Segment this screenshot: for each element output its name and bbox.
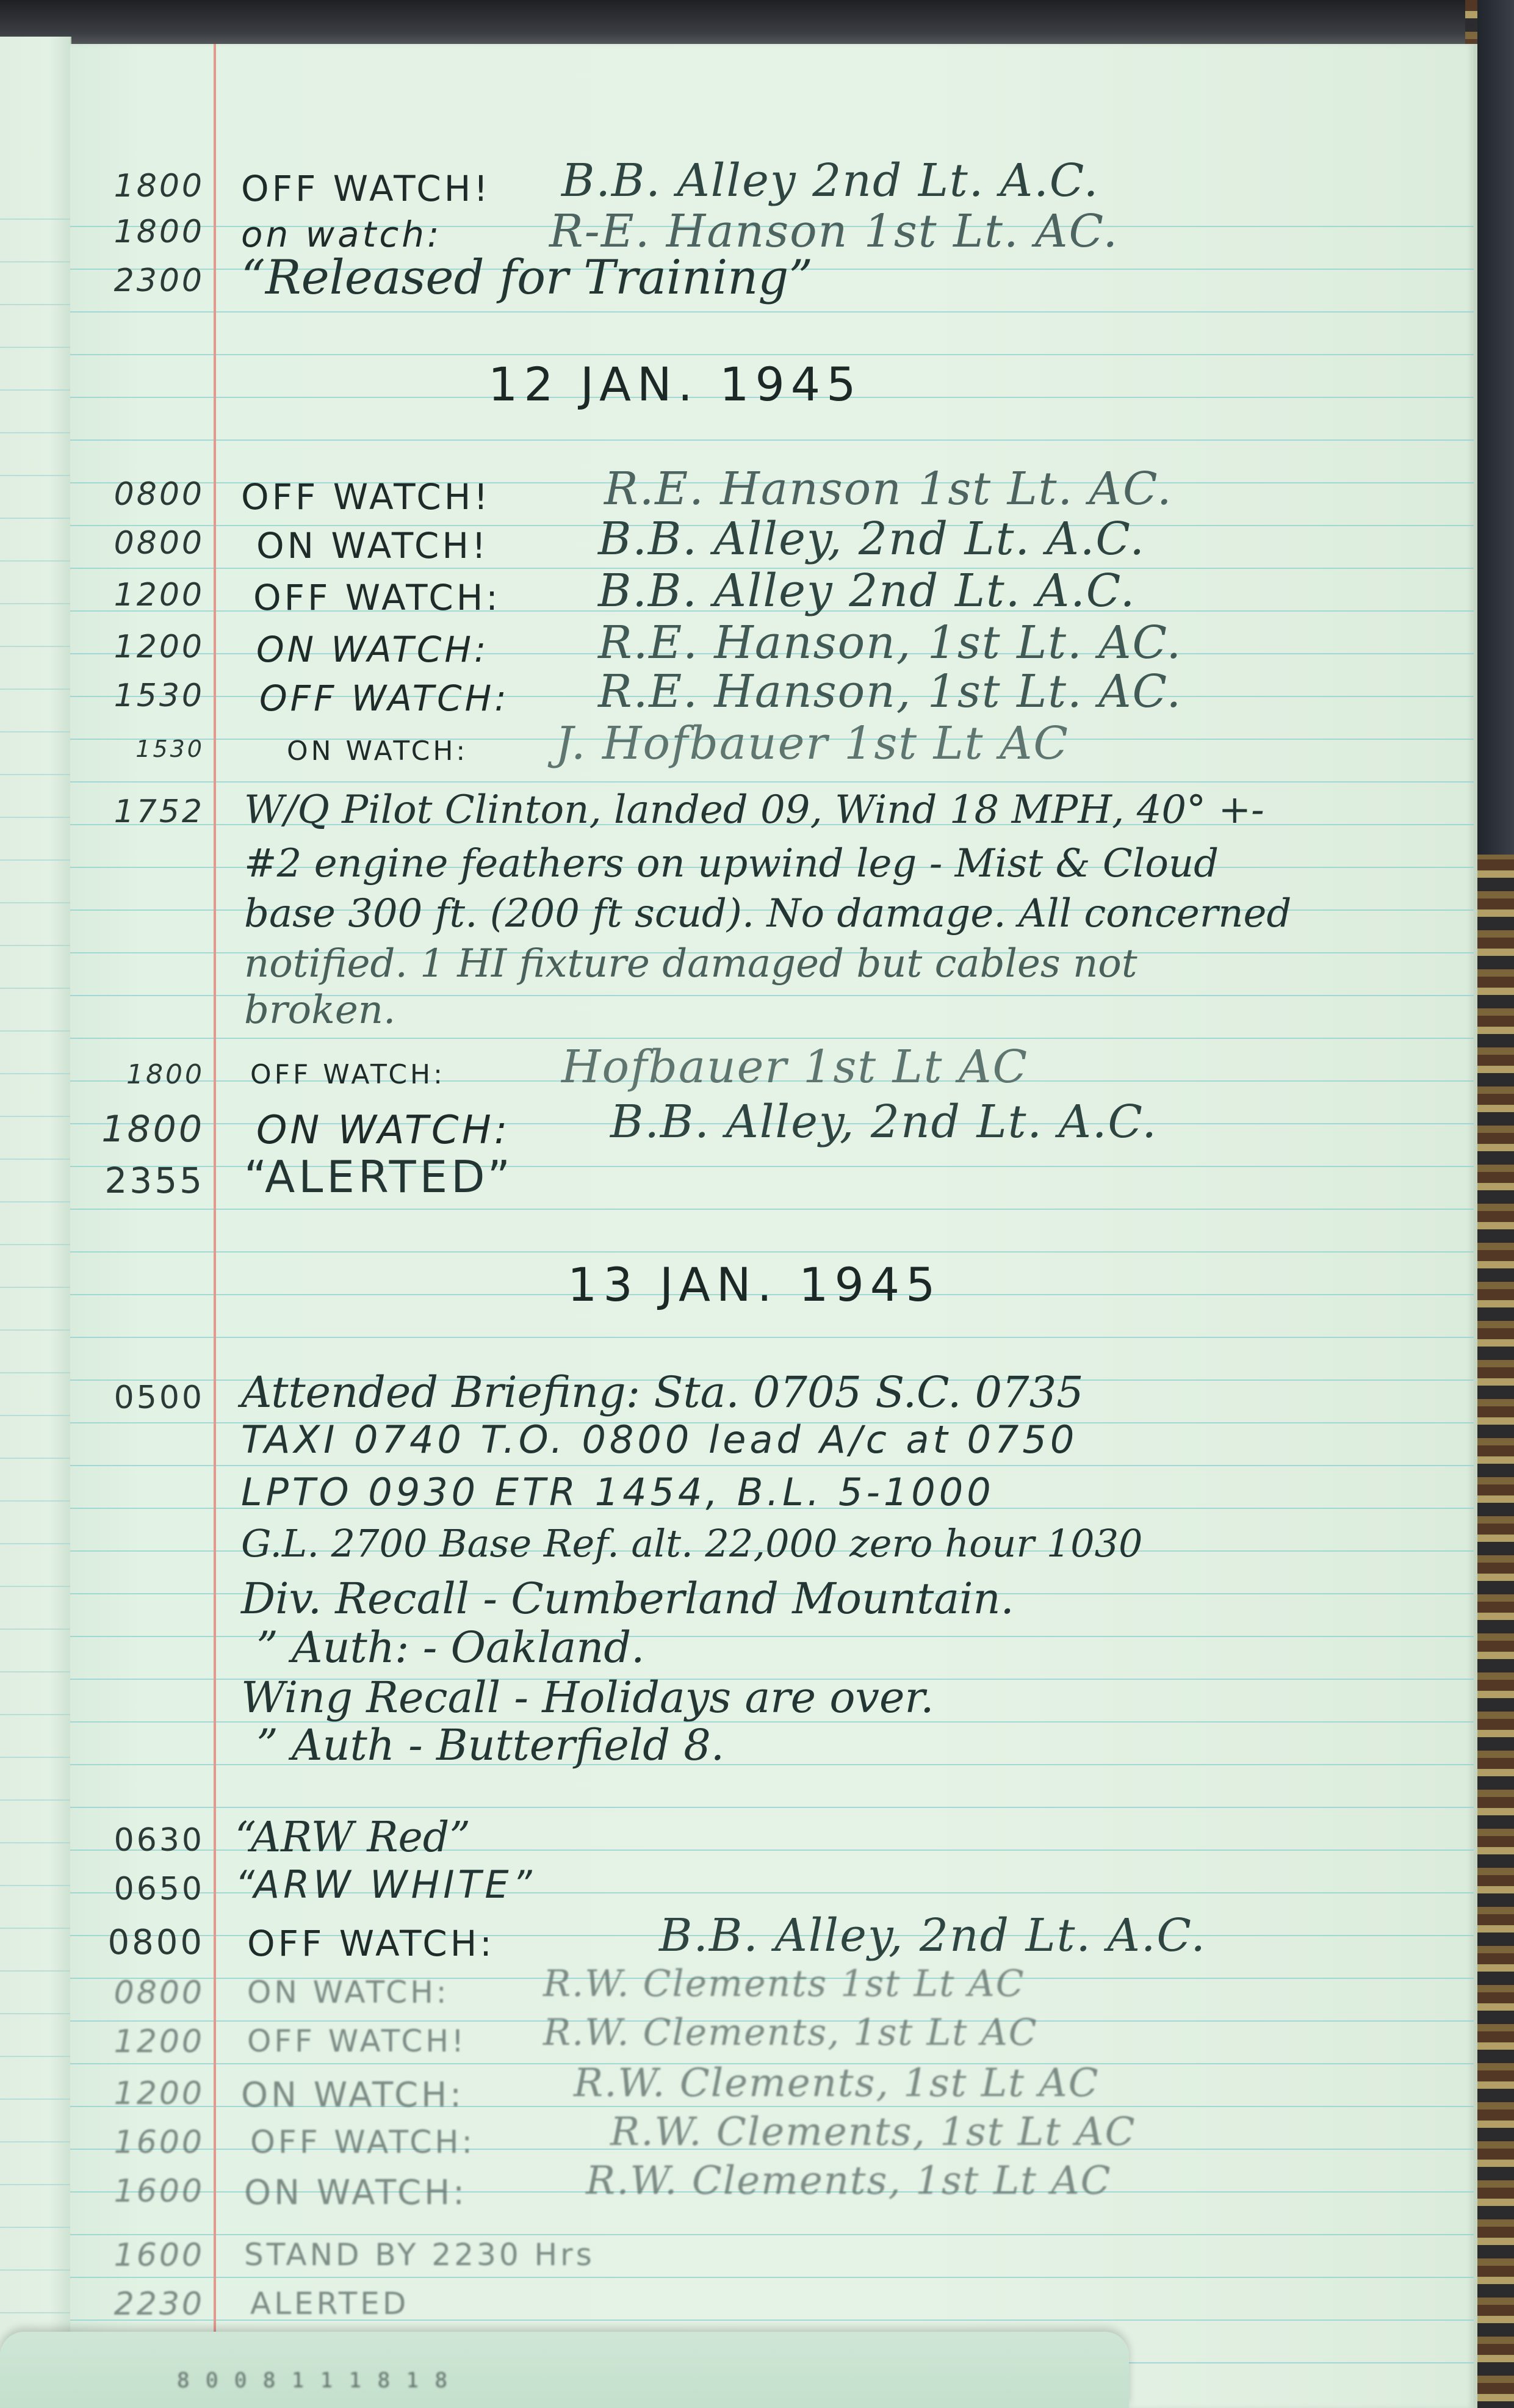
officer-signature: B.B. Alley, 2nd Lt. A.C. (598, 513, 1145, 565)
officer-signature: B.B. Alley 2nd Lt. A.C. (561, 154, 1099, 207)
entry-label: OFF WATCH! (241, 476, 491, 518)
entry-time: 2230 (76, 2286, 204, 2323)
entry-time: 0650 (76, 1871, 204, 1907)
entry-label: OFF WATCH: (253, 577, 501, 618)
background-shadow (1477, 0, 1514, 855)
entry-text: “Released for Training” (241, 250, 813, 305)
entry-time: 1530 (76, 736, 204, 762)
entry-label: ON WATCH! (256, 525, 489, 566)
log-entry: 0630 “ARW Red” (0, 1822, 1514, 1871)
entry-time: 1800 (76, 168, 204, 204)
officer-signature: B.B. Alley, 2nd Lt. A.C. (610, 1096, 1158, 1148)
entry-label: OFF WATCH: (259, 678, 510, 719)
officer-signature: R.W. Clements, 1st Lt AC (543, 2011, 1038, 2054)
log-entry: 2230 ALERTED (0, 2286, 1514, 2335)
entry-label: OFF WATCH! (247, 2023, 467, 2059)
foreground-card: 8 0 0 8 1 1 1 8 1 8 (0, 2332, 1129, 2408)
entry-time: 0800 (76, 1975, 204, 2011)
officer-signature: R.W. Clements, 1st Lt AC (610, 2110, 1136, 2155)
entry-time: 1800 (76, 214, 204, 250)
incident-line: notified. 1 HI fixture damaged but cable… (244, 941, 1137, 986)
entry-time: 1752 (76, 794, 204, 830)
log-entry: 1600 STAND BY 2230 Hrs (0, 2237, 1514, 2286)
entry-label: OFF WATCH: (247, 1923, 495, 1964)
officer-signature: R.E. Hanson, 1st Lt. AC. (598, 665, 1182, 718)
briefing-line: G.L. 2700 Base Ref. alt. 22,000 zero hou… (241, 1521, 1143, 1566)
entry-label: ON WATCH: (241, 2075, 464, 2115)
log-entry: 2300 “Released for Training” (0, 262, 1514, 311)
entry-time: 0630 (76, 1822, 204, 1859)
standby-note: STAND BY 2230 Hrs (244, 2237, 595, 2272)
briefing-line: Attended Briefing: Sta. 0705 S.C. 0735 (241, 1367, 1084, 1417)
officer-signature: B.B. Alley 2nd Lt. A.C. (598, 565, 1136, 617)
entry-time: 2300 (76, 262, 204, 299)
briefing-line: ” Auth - Butterfield 8. (256, 1720, 724, 1770)
entry-time: 0800 (76, 1923, 204, 1962)
log-entry: 1800 ON WATCH: B.B. Alley, 2nd Lt. A.C. (0, 1108, 1514, 1157)
entry-label: ON WATCH: (256, 1108, 510, 1153)
date-heading: 13 JAN. 1945 (568, 1257, 942, 1312)
entry-label: OFF WATCH: (250, 2124, 475, 2161)
incident-line: #2 engine feathers on upwind leg - Mist … (244, 841, 1219, 886)
officer-signature: R.E. Hanson 1st Lt. AC. (604, 463, 1173, 515)
entry-label: on watch: (241, 214, 442, 255)
entry-label: ON WATCH: (287, 736, 468, 767)
entry-time: 0500 (76, 1379, 204, 1416)
briefing-block: 0500 Attended Briefing: Sta. 0705 S.C. 0… (0, 1379, 1514, 1782)
card-barcode-text: 8 0 0 8 1 1 1 8 1 8 (177, 2368, 449, 2393)
entry-time: 0800 (76, 525, 204, 562)
briefing-line: LPTO 0930 ETR 1454, B.L. 5-1000 (241, 1470, 995, 1514)
incident-line: base 300 ft. (200 ft scud). No damage. A… (244, 891, 1291, 936)
entry-time: 1200 (76, 2023, 204, 2060)
officer-signature: R.W. Clements 1st Lt AC (543, 1962, 1025, 2005)
officer-signature: R.E. Hanson, 1st Lt. AC. (598, 616, 1182, 669)
entry-time: 2355 (76, 1160, 204, 1201)
alert-status: ALERTED (250, 2286, 409, 2321)
entry-time: 1200 (76, 629, 204, 665)
officer-signature: J. Hofbauer 1st Lt AC (555, 717, 1069, 770)
alert-status: “ARW WHITE” (235, 1862, 536, 1907)
entry-time: 1800 (76, 1059, 204, 1090)
alert-status: “ALERTED” (244, 1151, 514, 1202)
log-entry: 1600 ON WATCH: R.W. Clements, 1st Lt AC (0, 2173, 1514, 2222)
entry-time: 1800 (76, 1108, 204, 1151)
entry-time: 0800 (76, 476, 204, 513)
briefing-line: Wing Recall - Holidays are over. (241, 1672, 934, 1723)
entry-time: 1200 (76, 577, 204, 613)
entry-label: ON WATCH: (247, 1975, 450, 2010)
date-heading: 12 JAN. 1945 (488, 357, 862, 411)
officer-signature: Hofbauer 1st Lt AC (561, 1041, 1028, 1093)
log-entry: 1530 ON WATCH: J. Hofbauer 1st Lt AC (0, 736, 1514, 784)
entry-time: 1600 (76, 2124, 204, 2161)
log-entry-incident: 1752 W/Q Pilot Clinton, landed 09, Wind … (0, 794, 1514, 1050)
entry-label: OFF WATCH! (241, 168, 491, 209)
alert-status: “ARW Red” (235, 1813, 470, 1862)
entry-time: 1530 (76, 678, 204, 714)
officer-signature: R.W. Clements, 1st Lt AC (574, 2061, 1100, 2106)
log-entry: 2355 “ALERTED” (0, 1160, 1514, 1209)
entry-label: ON WATCH: (244, 2173, 467, 2213)
entry-label: ON WATCH: (256, 629, 489, 670)
briefing-line: Div. Recall - Cumberland Mountain. (241, 1574, 1014, 1624)
entry-time: 1600 (76, 2237, 204, 2274)
entry-label: OFF WATCH: (250, 1059, 445, 1090)
entry-time: 1200 (76, 2075, 204, 2112)
incident-line: W/Q Pilot Clinton, landed 09, Wind 18 MP… (244, 787, 1264, 833)
entry-time: 1600 (76, 2173, 204, 2210)
briefing-line: TAXI 0740 T.O. 0800 lead A/c at 0750 (241, 1417, 1078, 1462)
briefing-line: ” Auth: - Oakland. (256, 1622, 644, 1672)
incident-line: broken. (244, 988, 395, 1033)
officer-signature: B.B. Alley, 2nd Lt. A.C. (659, 1909, 1206, 1962)
officer-signature: R.W. Clements, 1st Lt AC (586, 2158, 1112, 2204)
